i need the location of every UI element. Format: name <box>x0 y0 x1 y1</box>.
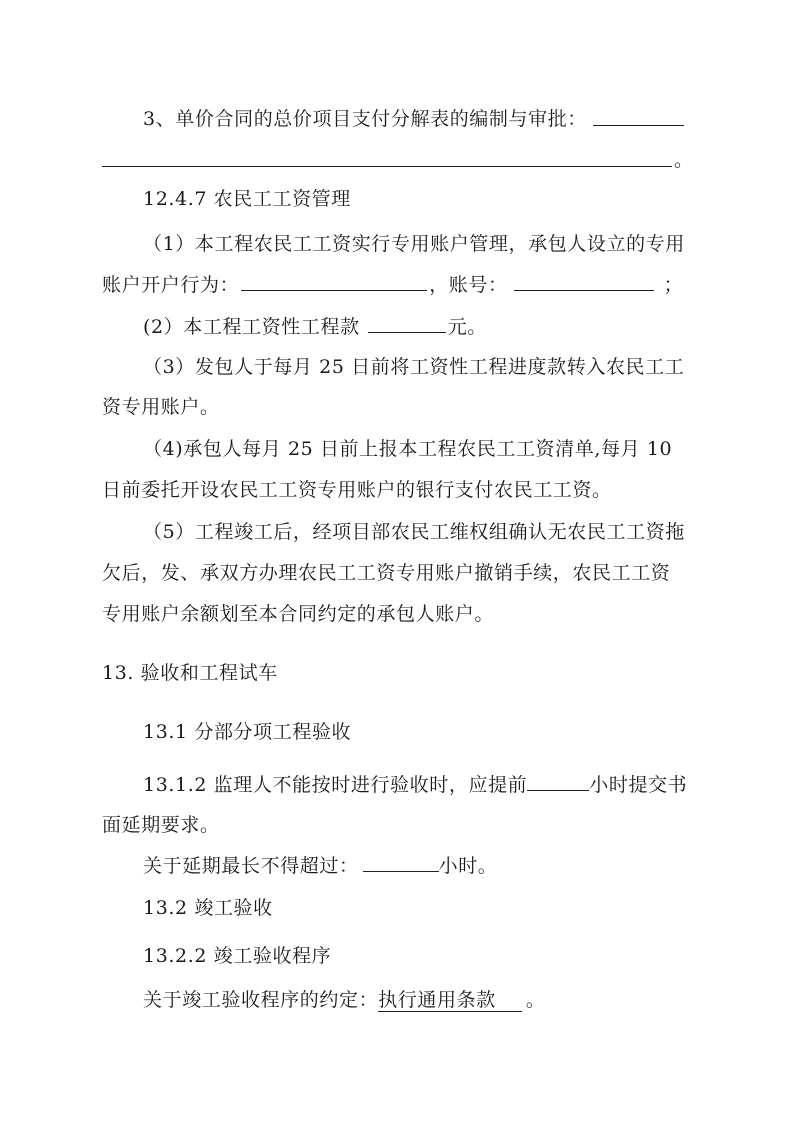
wage-amount-blank[interactable] <box>368 314 446 333</box>
max-delay-line: 关于延期最长不得超过：小时。 <box>143 853 497 878</box>
p5-line3: 专用账户余额划至本合同约定的承包人账户。 <box>102 602 494 626</box>
advance-hours-blank[interactable] <box>527 772 589 791</box>
p1-line1: （1）本工程农民工工资实行专用账户管理，承包人设立的专用 <box>143 232 685 256</box>
item3-end-mark: 。 <box>674 148 694 172</box>
max-delay-unit: 小时。 <box>439 855 498 877</box>
p2-unit: 元。 <box>448 316 487 338</box>
item3-text: 3、单价合同的总价项目支付分解表的编制与审批： <box>143 108 587 130</box>
section-12-4-7-heading: 12.4.7 农民工工资管理 <box>143 187 351 211</box>
account-blank[interactable] <box>514 272 654 291</box>
s13-1-2-line2: 面延期要求。 <box>102 813 220 837</box>
s13-1-2-line1: 13.1.2 监理人不能按时进行验收时，应提前小时提交书 <box>143 772 687 797</box>
section-13-2-heading: 13.2 竣工验收 <box>143 896 273 920</box>
bank-label: 账户开户行为： <box>102 274 239 296</box>
section-13-heading: 13. 验收和工程试车 <box>102 661 278 685</box>
procedure-value[interactable]: 执行通用条款 <box>378 989 522 1012</box>
account-label: ，账号： <box>429 274 507 296</box>
item3-blank-2[interactable] <box>102 166 672 167</box>
procedure-line: 关于竣工验收程序的约定：执行通用条款。 <box>143 988 545 1012</box>
procedure-end: 。 <box>526 989 546 1011</box>
max-delay-label: 关于延期最长不得超过： <box>143 855 359 877</box>
bank-blank[interactable] <box>241 272 427 291</box>
s13-1-2-text-end: 小时提交书 <box>589 774 687 796</box>
item3-line: 3、单价合同的总价项目支付分解表的编制与审批： <box>143 107 587 131</box>
p3-line1: （3）发包人于每月 25 日前将工资性工程进度款转入农民工工 <box>143 355 684 379</box>
p3-line2: 资专用账户。 <box>102 395 220 419</box>
p1-line2: 账户开户行为：，账号：； <box>102 272 683 297</box>
item3-blank-1[interactable] <box>593 125 684 126</box>
p1-end: ； <box>664 274 684 296</box>
section-13-2-2-heading: 13.2.2 竣工验收程序 <box>143 944 331 968</box>
p2-text: (2）本工程工资性工程款 <box>143 316 360 338</box>
p4-line2: 日前委托开设农民工工资专用账户的银行支付农民工工资。 <box>102 478 612 502</box>
max-delay-blank[interactable] <box>363 853 439 872</box>
s13-1-2-text: 13.1.2 监理人不能按时进行验收时，应提前 <box>143 774 527 796</box>
section-13-1-heading: 13.1 分部分项工程验收 <box>143 720 351 744</box>
p5-line1: （5）工程竣工后，经项目部农民工维权组确认无农民工工资拖 <box>143 520 685 544</box>
procedure-label: 关于竣工验收程序的约定： <box>143 989 378 1011</box>
p2-line: (2）本工程工资性工程款元。 <box>143 314 487 339</box>
p4-line1: （4)承包人每月 25 日前上报本工程农民工工资清单,每月 10 <box>143 437 672 461</box>
p5-line2: 欠后，发、承双方办理农民工工资专用账户撤销手续，农民工工资 <box>102 561 670 585</box>
